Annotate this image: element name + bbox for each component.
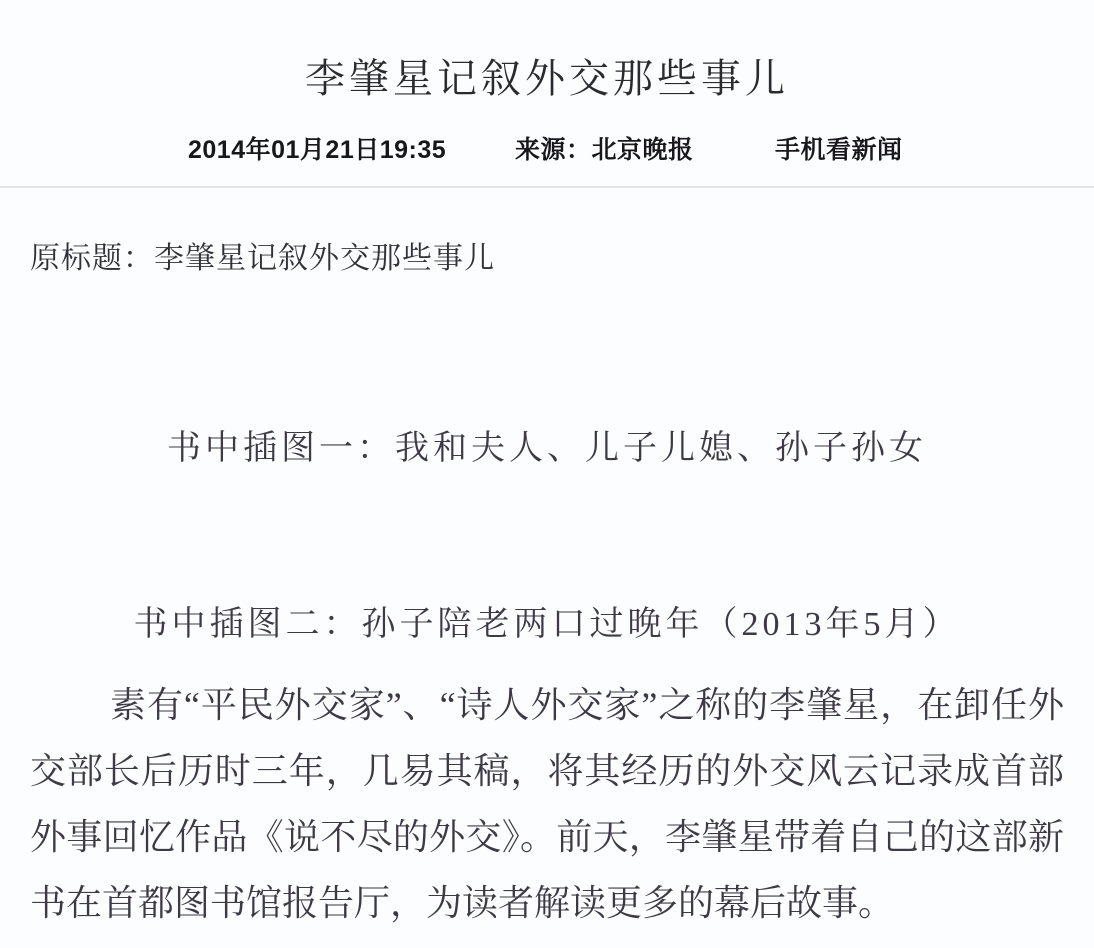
mobile-news-link[interactable]: 手机看新闻 bbox=[775, 130, 903, 166]
publish-datetime: 2014年01月21日19:35 bbox=[188, 130, 446, 166]
illustration-caption-1: 书中插图一：我和夫人、儿子儿媳、孙子孙女 bbox=[0, 420, 1094, 469]
original-title: 原标题：李肇星记叙外交那些事儿 bbox=[30, 233, 495, 277]
article-page: { "page": { "background_color": "#fcfdfe… bbox=[0, 0, 1094, 948]
article-meta-row: 2014年01月21日19:35 来源：北京晚报 手机看新闻 bbox=[0, 130, 1094, 160]
page-title: 李肇星记叙外交那些事儿 bbox=[0, 47, 1094, 104]
source-label: 来源：北京晚报 bbox=[515, 130, 694, 166]
illustration-caption-2: 书中插图二：孙子陪老两口过晚年（2013年5月） bbox=[0, 596, 1094, 645]
header-divider bbox=[0, 186, 1094, 188]
article-paragraph: 素有“平民外交家”、“诗人外交家”之称的李肇星，在卸任外交部长后历时三年，几易其… bbox=[30, 672, 1064, 936]
